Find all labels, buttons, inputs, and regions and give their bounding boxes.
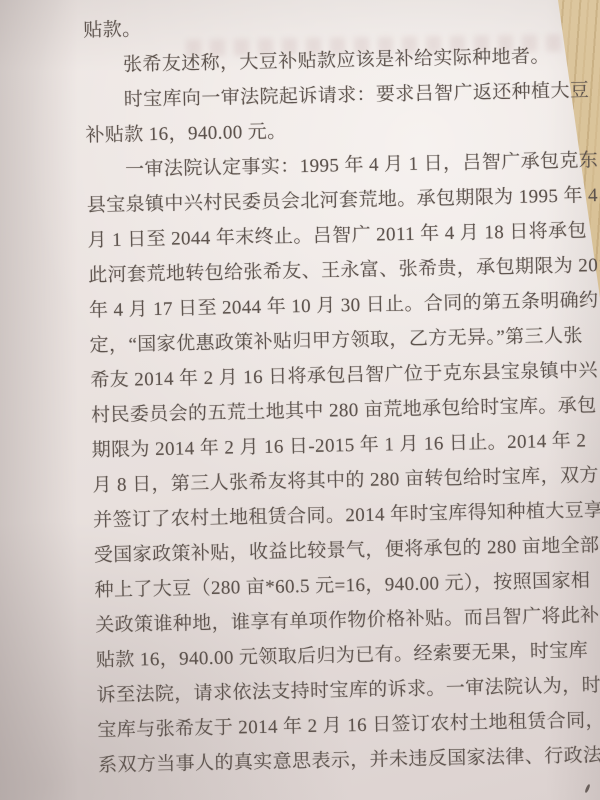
photographed-document: 贴款。张希友述称，大豆补贴款应该是补给实际种地者。时宝库向一审法院起诉请求：要求… <box>0 0 600 800</box>
judgment-text-block: 贴款。张希友述称，大豆补贴款应该是补给实际种地者。时宝库向一审法院起诉请求：要求… <box>83 3 600 783</box>
